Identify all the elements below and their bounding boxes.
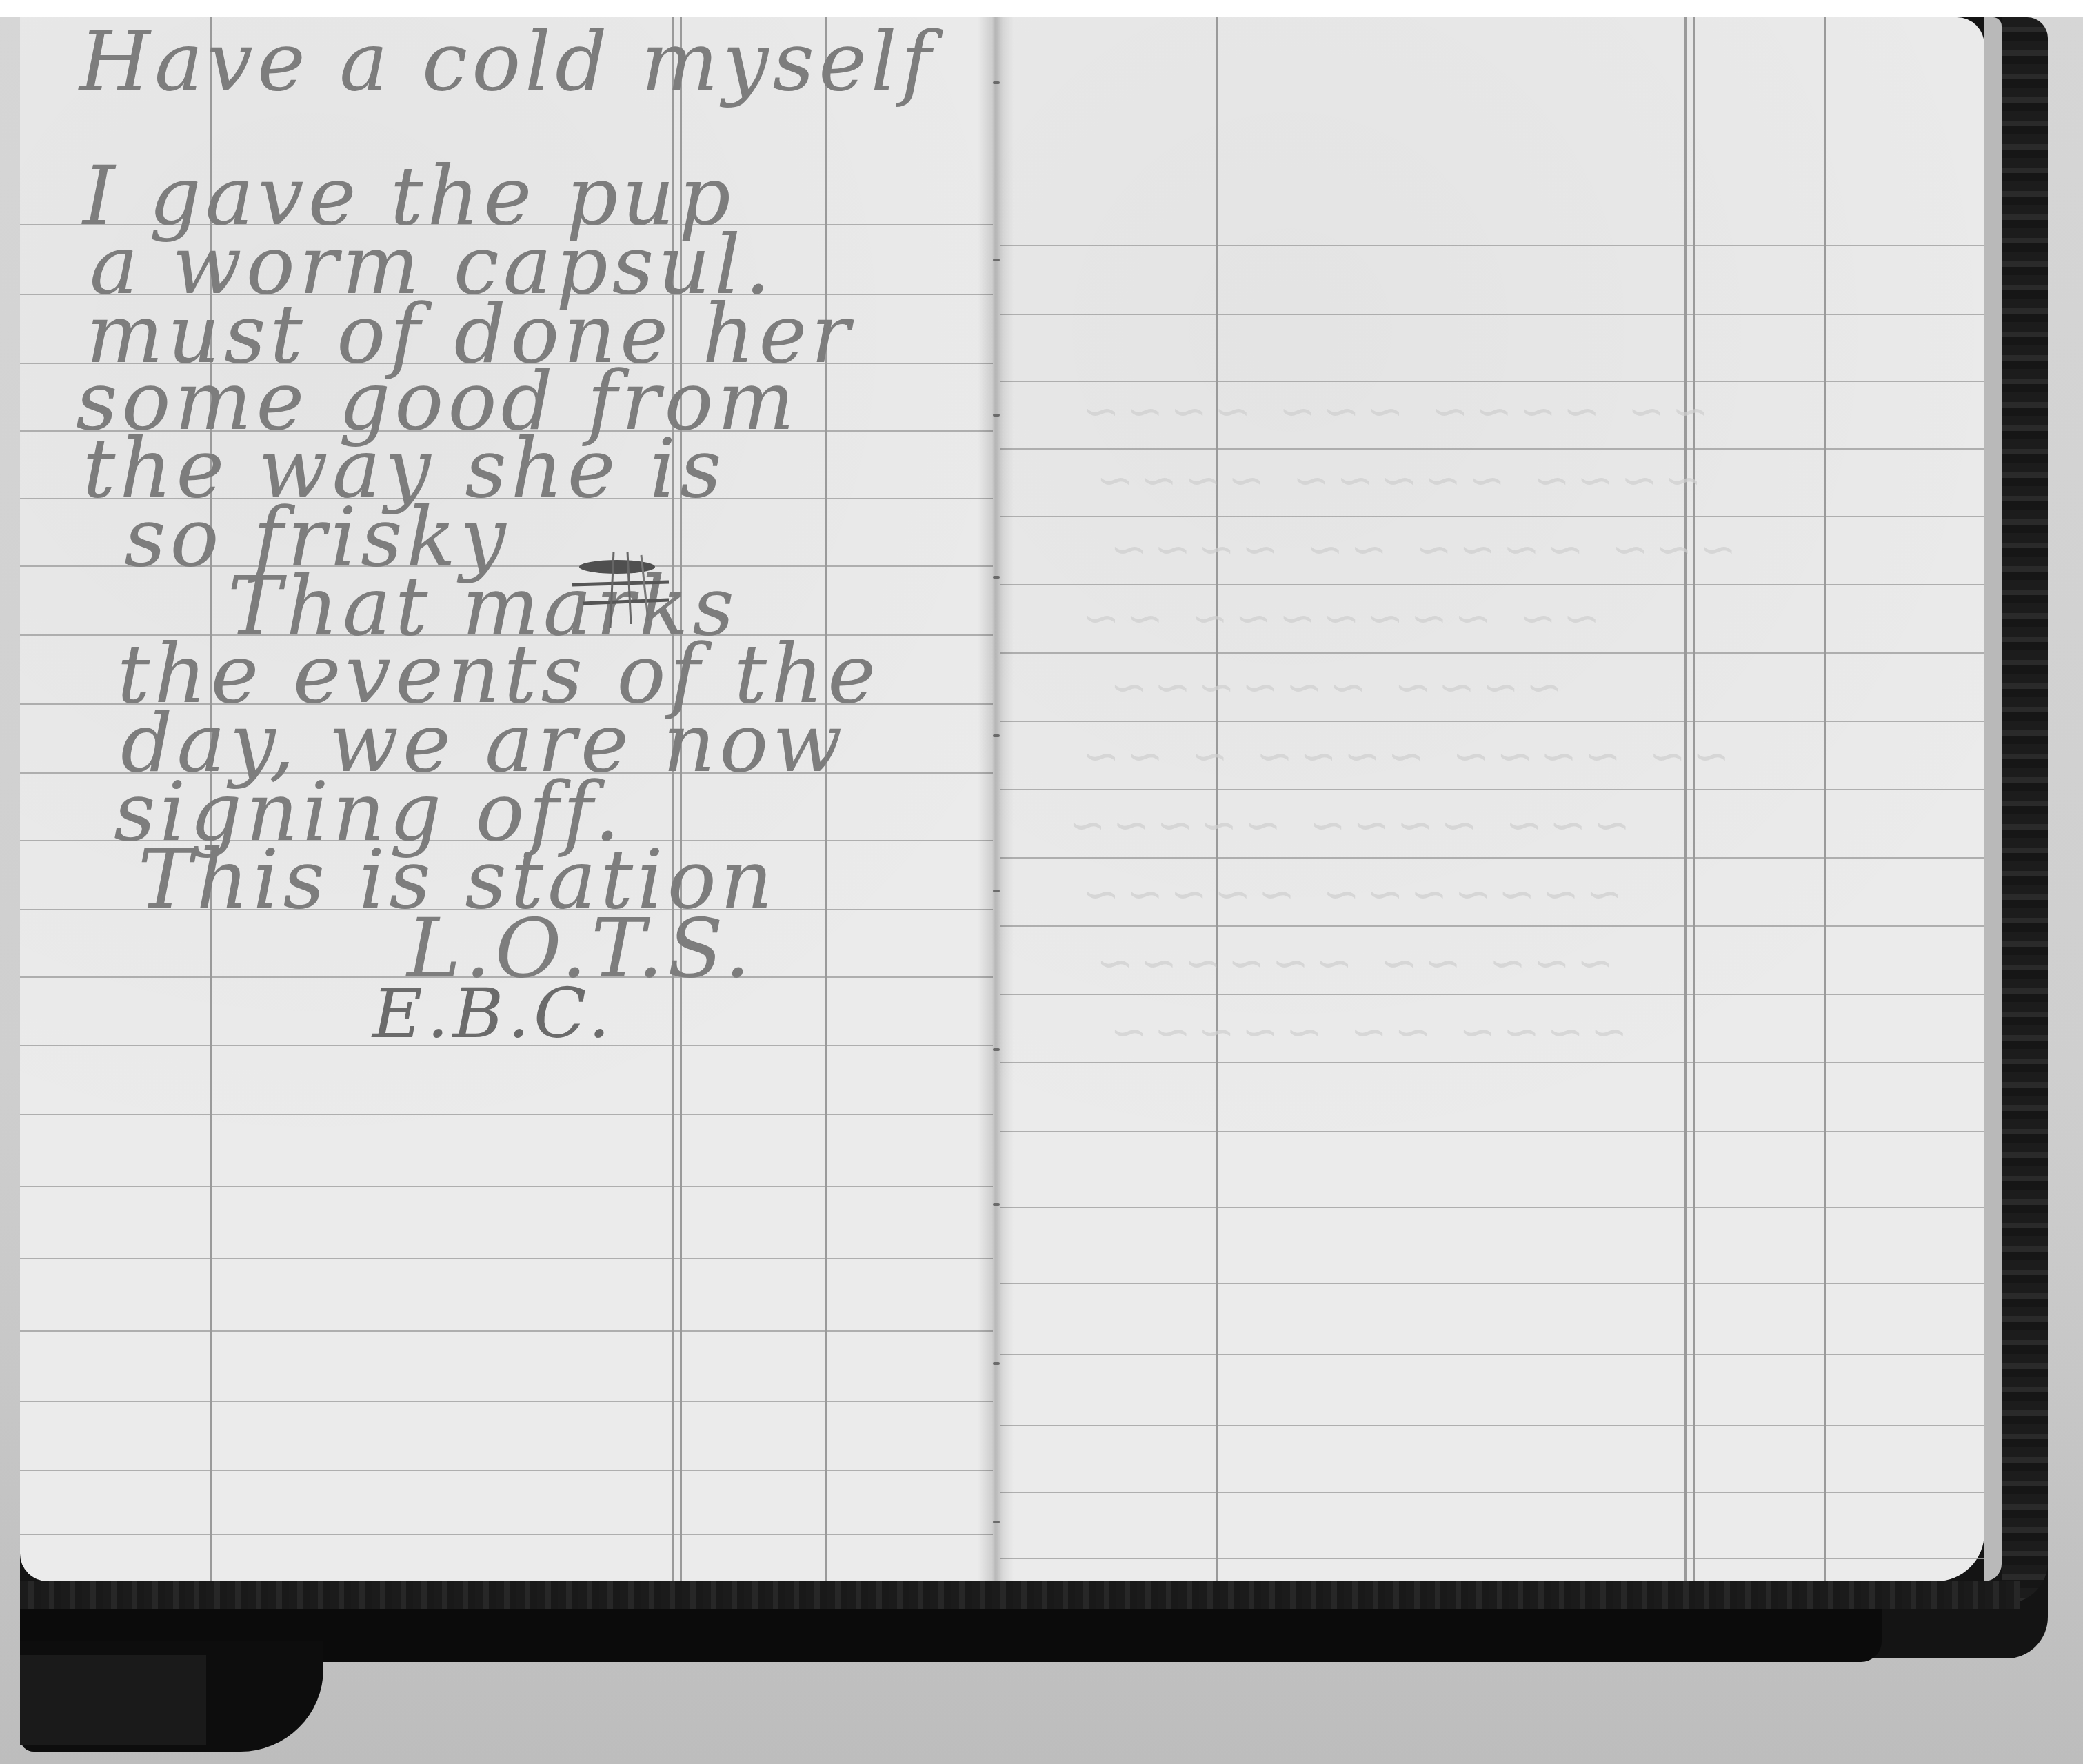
book-gutter	[978, 17, 1014, 1581]
entry-line-1: Have a cold myself	[79, 21, 935, 102]
cover-right-edge	[2002, 17, 2048, 1603]
signature: E.B.C.	[372, 979, 614, 1048]
cover-bottom-band	[20, 1581, 2020, 1609]
right-page	[993, 17, 1984, 1581]
page-stack-edge	[1984, 17, 2002, 1581]
scribble-mark	[552, 552, 676, 628]
cover-strap-shadow	[20, 1655, 206, 1745]
